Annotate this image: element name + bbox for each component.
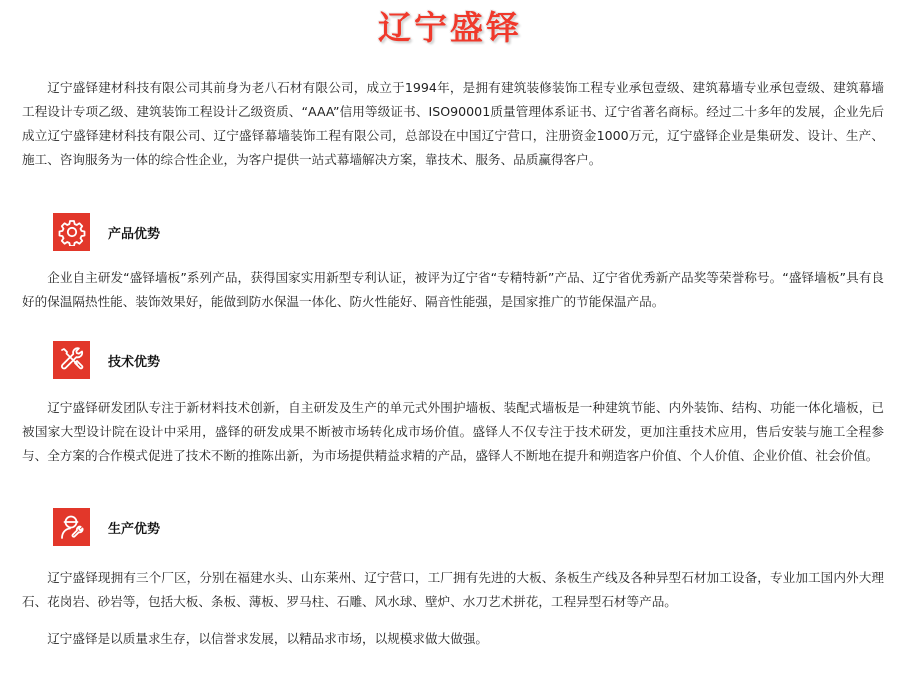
section-header-product: 产品优势	[53, 213, 160, 251]
section-title: 生产优势	[108, 518, 160, 537]
intro-paragraph: 辽宁盛铎建材科技有限公司其前身为老八石材有限公司，成立于1994年，是拥有建筑装…	[22, 76, 884, 172]
section-header-tech: 技术优势	[53, 341, 160, 379]
page-title: 辽宁盛铎	[0, 8, 900, 48]
section-paragraph: 辽宁盛铎现拥有三个厂区，分别在福建水头、山东莱州、辽宁营口，工厂拥有先进的大板、…	[22, 566, 884, 614]
section-title: 产品优势	[108, 223, 160, 242]
tools-icon	[53, 341, 90, 379]
worker-wrench-icon	[53, 508, 90, 546]
section-paragraph: 辽宁盛铎研发团队专注于新材料技术创新，自主研发及生产的单元式外围护墙板、装配式墙…	[22, 396, 884, 468]
closing-paragraph: 辽宁盛铎是以质量求生存，以信誉求发展，以精品求市场，以规模求做大做强。	[22, 627, 884, 651]
section-paragraph: 企业自主研发“盛铎墙板”系列产品，获得国家实用新型专利认证，被评为辽宁省“专精特…	[22, 266, 884, 314]
section-title: 技术优势	[108, 351, 160, 370]
gear-icon	[53, 213, 90, 251]
section-header-production: 生产优势	[53, 508, 160, 546]
